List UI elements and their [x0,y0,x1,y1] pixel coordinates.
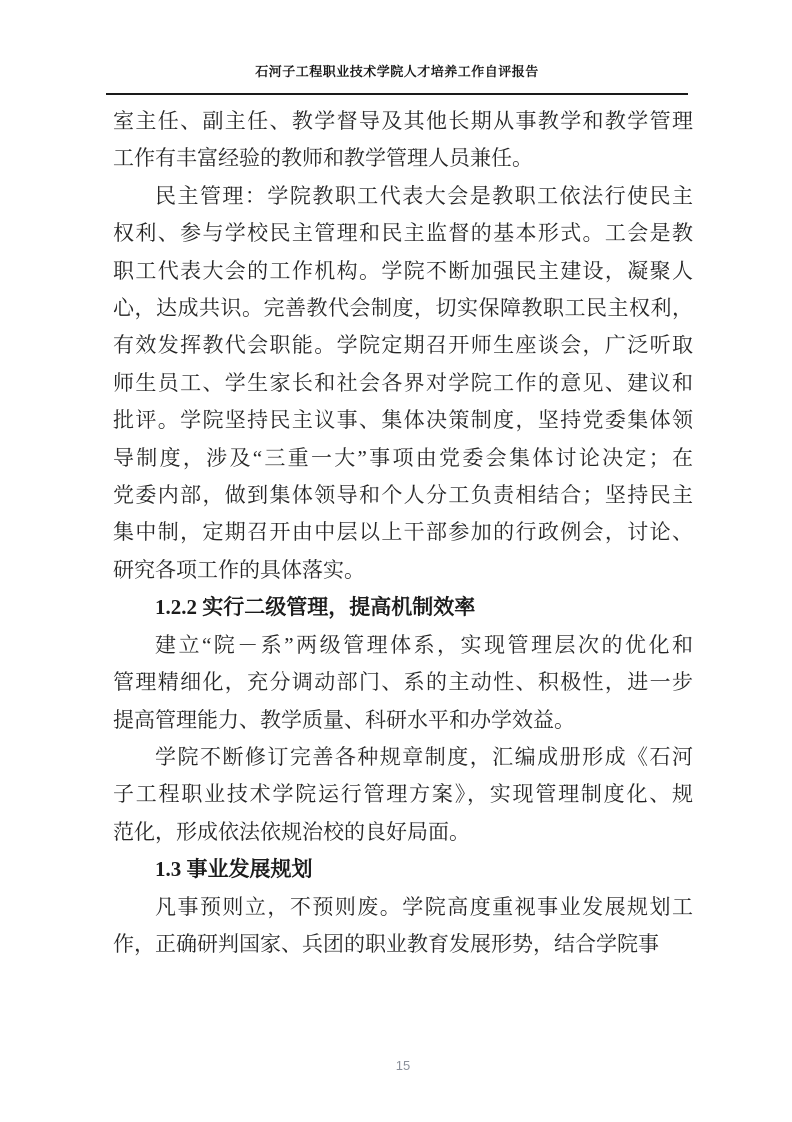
body-text-line: 研究各项工作的具体落实。 [113,552,693,589]
page-footer: 15 [113,1057,693,1075]
body-text-line: 提高管理能力、教学质量、科研水平和办学效益。 [113,702,693,739]
body-text-line: 民主管理：学院教职工代表大会是教职工依法行使民主 [113,178,693,215]
body-text-line: 有效发挥教代会职能。学院定期召开师生座谈会，广泛听取 [113,327,693,364]
body-text-line: 建立“院－系”两级管理体系，实现管理层次的优化和 [113,627,693,664]
header-title: 石河子工程职业技术学院人才培养工作自评报告 [106,62,688,82]
body-text-line: 子工程职业技术学院运行管理方案》，实现管理制度化、规 [113,776,693,813]
body-text-line: 党委内部，做到集体领导和个人分工负责相结合；坚持民主 [113,477,693,514]
body-text-line: 凡事预则立，不预则废。学院高度重视事业发展规划工 [113,889,693,926]
body-text-line: 心，达成共识。完善教代会制度，切实保障教职工民主权利， [113,290,693,327]
document-page: 石河子工程职业技术学院人才培养工作自评报告 室主任、副主任、教学督导及其他长期从… [0,0,792,1122]
section-heading: 1.3 事业发展规划 [113,851,693,888]
body-text-line: 工作有丰富经验的教师和教学管理人员兼任。 [113,140,693,177]
body-text-line: 集中制，定期召开由中层以上干部参加的行政例会，讨论、 [113,514,693,551]
body-text-line: 师生员工、学生家长和社会各界对学院工作的意见、建议和 [113,365,693,402]
body-text-line: 批评。学院坚持民主议事、集体决策制度，坚持党委集体领 [113,402,693,439]
document-body: 室主任、副主任、教学督导及其他长期从事教学和教学管理工作有丰富经验的教师和教学管… [113,103,693,963]
body-text-line: 导制度，涉及“三重一大”事项由党委会集体讨论决定；在 [113,440,693,477]
body-text-line: 室主任、副主任、教学督导及其他长期从事教学和教学管理 [113,103,693,140]
body-text-line: 管理精细化，充分调动部门、系的主动性、积极性，进一步 [113,664,693,701]
body-text-line: 范化，形成依法依规治校的良好局面。 [113,814,693,851]
page-number: 15 [396,1058,410,1073]
body-text-line: 职工代表大会的工作机构。学院不断加强民主建设，凝聚人 [113,253,693,290]
page-header: 石河子工程职业技术学院人才培养工作自评报告 [106,62,688,95]
section-heading: 1.2.2 实行二级管理，提高机制效率 [113,589,693,626]
body-text-line: 学院不断修订完善各种规章制度，汇编成册形成《石河 [113,739,693,776]
body-text-line: 权利、参与学校民主管理和民主监督的基本形式。工会是教 [113,215,693,252]
body-text-line: 作，正确研判国家、兵团的职业教育发展形势，结合学院事 [113,926,693,963]
